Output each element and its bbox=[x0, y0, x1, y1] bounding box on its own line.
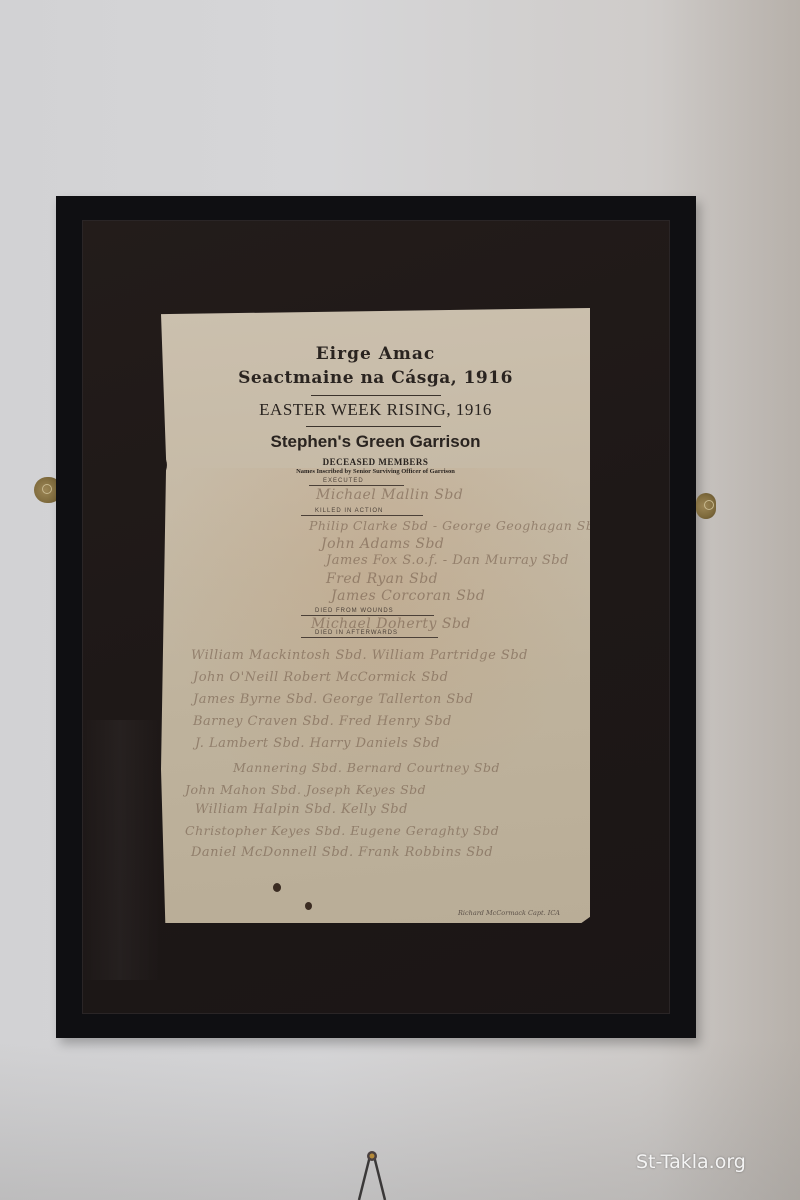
divider-rule bbox=[311, 395, 441, 396]
brass-mounting-clip-right bbox=[696, 493, 716, 519]
handwritten-entry: James Fox S.o.f. - Dan Murray Sbd bbox=[326, 553, 569, 568]
handwritten-entry: Daniel McDonnell Sbd. Frank Robbins Sbd bbox=[191, 845, 493, 860]
wall-hook-icon bbox=[355, 1148, 389, 1200]
ink-spot bbox=[305, 902, 312, 910]
handwritten-entry: Michael Mallin Sbd bbox=[316, 487, 463, 503]
watermark: St-Takla.org bbox=[636, 1151, 746, 1173]
section-label-killed-in-action: Killed in Action bbox=[301, 508, 423, 516]
deceased-members-label: DECEASED MEMBERS bbox=[161, 457, 590, 467]
divider-rule bbox=[306, 426, 441, 427]
handwritten-entry: Mannering Sbd. Bernard Courtney Sbd bbox=[233, 760, 500, 775]
officer-signature: Richard McCormack Capt. ICA bbox=[458, 909, 560, 917]
irish-heading-line1: Eirge Amac bbox=[161, 344, 590, 364]
handwritten-entry: Philip Clarke Sbd - George Geoghagan Sbd bbox=[309, 518, 603, 533]
handwritten-entry: John Mahon Sbd. Joseph Keyes Sbd bbox=[185, 782, 426, 797]
section-label-executed: Executed bbox=[309, 478, 404, 486]
handwritten-entry: James Byrne Sbd. George Tallerton Sbd bbox=[193, 692, 473, 707]
ink-spot bbox=[273, 883, 281, 892]
handwritten-entry: Barney Craven Sbd. Fred Henry Sbd bbox=[193, 714, 452, 729]
handwritten-entry: J. Lambert Sbd. Harry Daniels Sbd bbox=[195, 736, 440, 751]
wall-floor-shadow bbox=[0, 1040, 800, 1200]
section-label-died-from-wounds: Died from Wounds bbox=[301, 608, 434, 616]
garrison-name: Stephen's Green Garrison bbox=[161, 432, 590, 452]
section-label-died-afterwards: Died in Afterwards bbox=[301, 630, 438, 638]
document-title: EASTER WEEK RISING, 1916 bbox=[161, 400, 590, 420]
irish-heading-line2: Seactmaine na Cásga, 1916 bbox=[161, 368, 590, 388]
handwritten-entry: James Corcoran Sbd bbox=[331, 588, 485, 604]
handwritten-entry: Christopher Keyes Sbd. Eugene Geraghty S… bbox=[185, 823, 499, 838]
handwritten-entry: William Halpin Sbd. Kelly Sbd bbox=[195, 802, 408, 817]
inscription-note: Names Inscribed by Senior Surviving Offi… bbox=[161, 468, 590, 475]
handwritten-entry: Fred Ryan Sbd bbox=[326, 571, 438, 587]
handwritten-entry: William Mackintosh Sbd. William Partridg… bbox=[191, 648, 528, 663]
glass-reflection bbox=[80, 720, 160, 980]
handwritten-entry: John O'Neill Robert McCormick Sbd bbox=[193, 670, 448, 685]
handwritten-entry: John Adams Sbd bbox=[321, 536, 444, 552]
memorial-document: Eirge Amac Seactmaine na Cásga, 1916 EAS… bbox=[161, 308, 590, 923]
